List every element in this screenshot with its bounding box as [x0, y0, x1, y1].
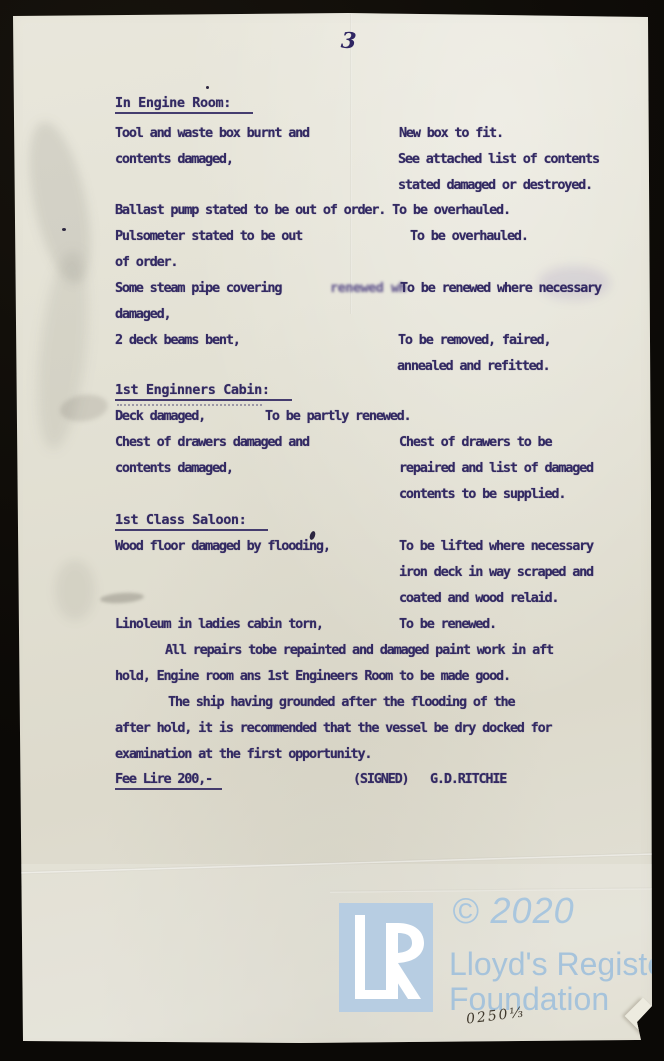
typed-text-line: Wood floor damaged by flooding, — [115, 539, 330, 553]
typed-text-line: To be removed, faired, — [398, 333, 550, 347]
smudge-mark — [100, 591, 145, 604]
typed-text-line: coated and wood relaid. — [399, 591, 558, 605]
ink-speck — [206, 86, 209, 89]
smudge-mark — [58, 392, 109, 424]
typed-text-line: stated damaged or destroyed. — [398, 178, 592, 192]
ink-speck — [62, 228, 66, 231]
handwritten-page-number: 3 — [340, 27, 357, 54]
typed-text-line: contents to be supplied. — [399, 487, 565, 501]
typed-text-line: renewed wh — [330, 281, 406, 295]
typed-text-line: To be partly renewed. — [265, 409, 410, 423]
watermark-org-name-line1: Lloyd's Register — [449, 946, 664, 983]
typed-text-line: New box to fit. — [399, 126, 503, 140]
section-heading: 1st Class Saloon: — [115, 513, 268, 531]
vertical-fold-crease — [350, 14, 352, 314]
typed-text-line: 2 deck beams bent, — [115, 333, 240, 347]
smudge-mark — [17, 116, 102, 288]
section-heading: 1st Enginners Cabin: — [115, 383, 292, 401]
typed-text-line: The ship having grounded after the flood… — [168, 695, 514, 709]
smudge-mark — [30, 248, 97, 452]
section-heading: In Engine Room: — [115, 96, 253, 114]
lloyds-register-logo-icon — [339, 903, 433, 1012]
typed-text-line: Pulsometer stated to be out — [115, 229, 302, 243]
typed-text-line: iron deck in way scraped and — [399, 565, 593, 579]
typed-text-line: hold, Engine room ans 1st Engineers Room… — [115, 669, 510, 683]
typed-text-line: Fee Lire 200,- — [115, 772, 222, 790]
typed-text-line: Tool and waste box burnt and — [115, 126, 309, 140]
typed-text-line: repaired and list of damaged — [399, 461, 593, 475]
typed-text-line: Some steam pipe covering — [115, 281, 281, 295]
typed-text-line: damaged, — [115, 307, 170, 321]
typed-text-line: See attached list of contents — [398, 152, 599, 166]
watermark-copyright: © 2020 — [452, 890, 575, 932]
typed-text-line: (SIGNED) — [353, 772, 408, 786]
typed-text-line: Deck damaged, — [115, 409, 205, 423]
typed-text-line: To be renewed where necessary — [400, 281, 601, 295]
typed-text-line: of order. — [115, 255, 177, 269]
typed-text-line: Ballast pump stated to be out of order. … — [115, 203, 510, 217]
typed-text-line: contents damaged, — [115, 152, 233, 166]
typed-text-line: Linoleum in ladies cabin torn, — [115, 617, 323, 631]
typed-text-line: after hold, it is recommended that the v… — [115, 721, 551, 735]
typed-text-line: Chest of drawers to be — [399, 435, 551, 449]
typed-text-line: G.D.RITCHIE — [430, 772, 506, 786]
typed-text-line: To be overhauled. — [410, 229, 528, 243]
typed-text-line: annealed and refitted. — [397, 359, 549, 373]
typed-text-line: examination at the first opportunity. — [115, 747, 371, 761]
typed-text-line: contents damaged, — [115, 461, 233, 475]
typed-text-line: All repairs tobe repainted and damaged p… — [165, 643, 553, 657]
scan-backdrop: 3 In Engine Room:Tool and waste box burn… — [0, 0, 664, 1061]
document-page: 3 In Engine Room:Tool and waste box burn… — [0, 0, 664, 1061]
smudge-mark — [55, 560, 95, 620]
typed-text-line: To be renewed. — [399, 617, 496, 631]
typed-text-line: To be lifted where necessary — [399, 539, 593, 553]
typed-text-line: Chest of drawers damaged and — [115, 435, 309, 449]
